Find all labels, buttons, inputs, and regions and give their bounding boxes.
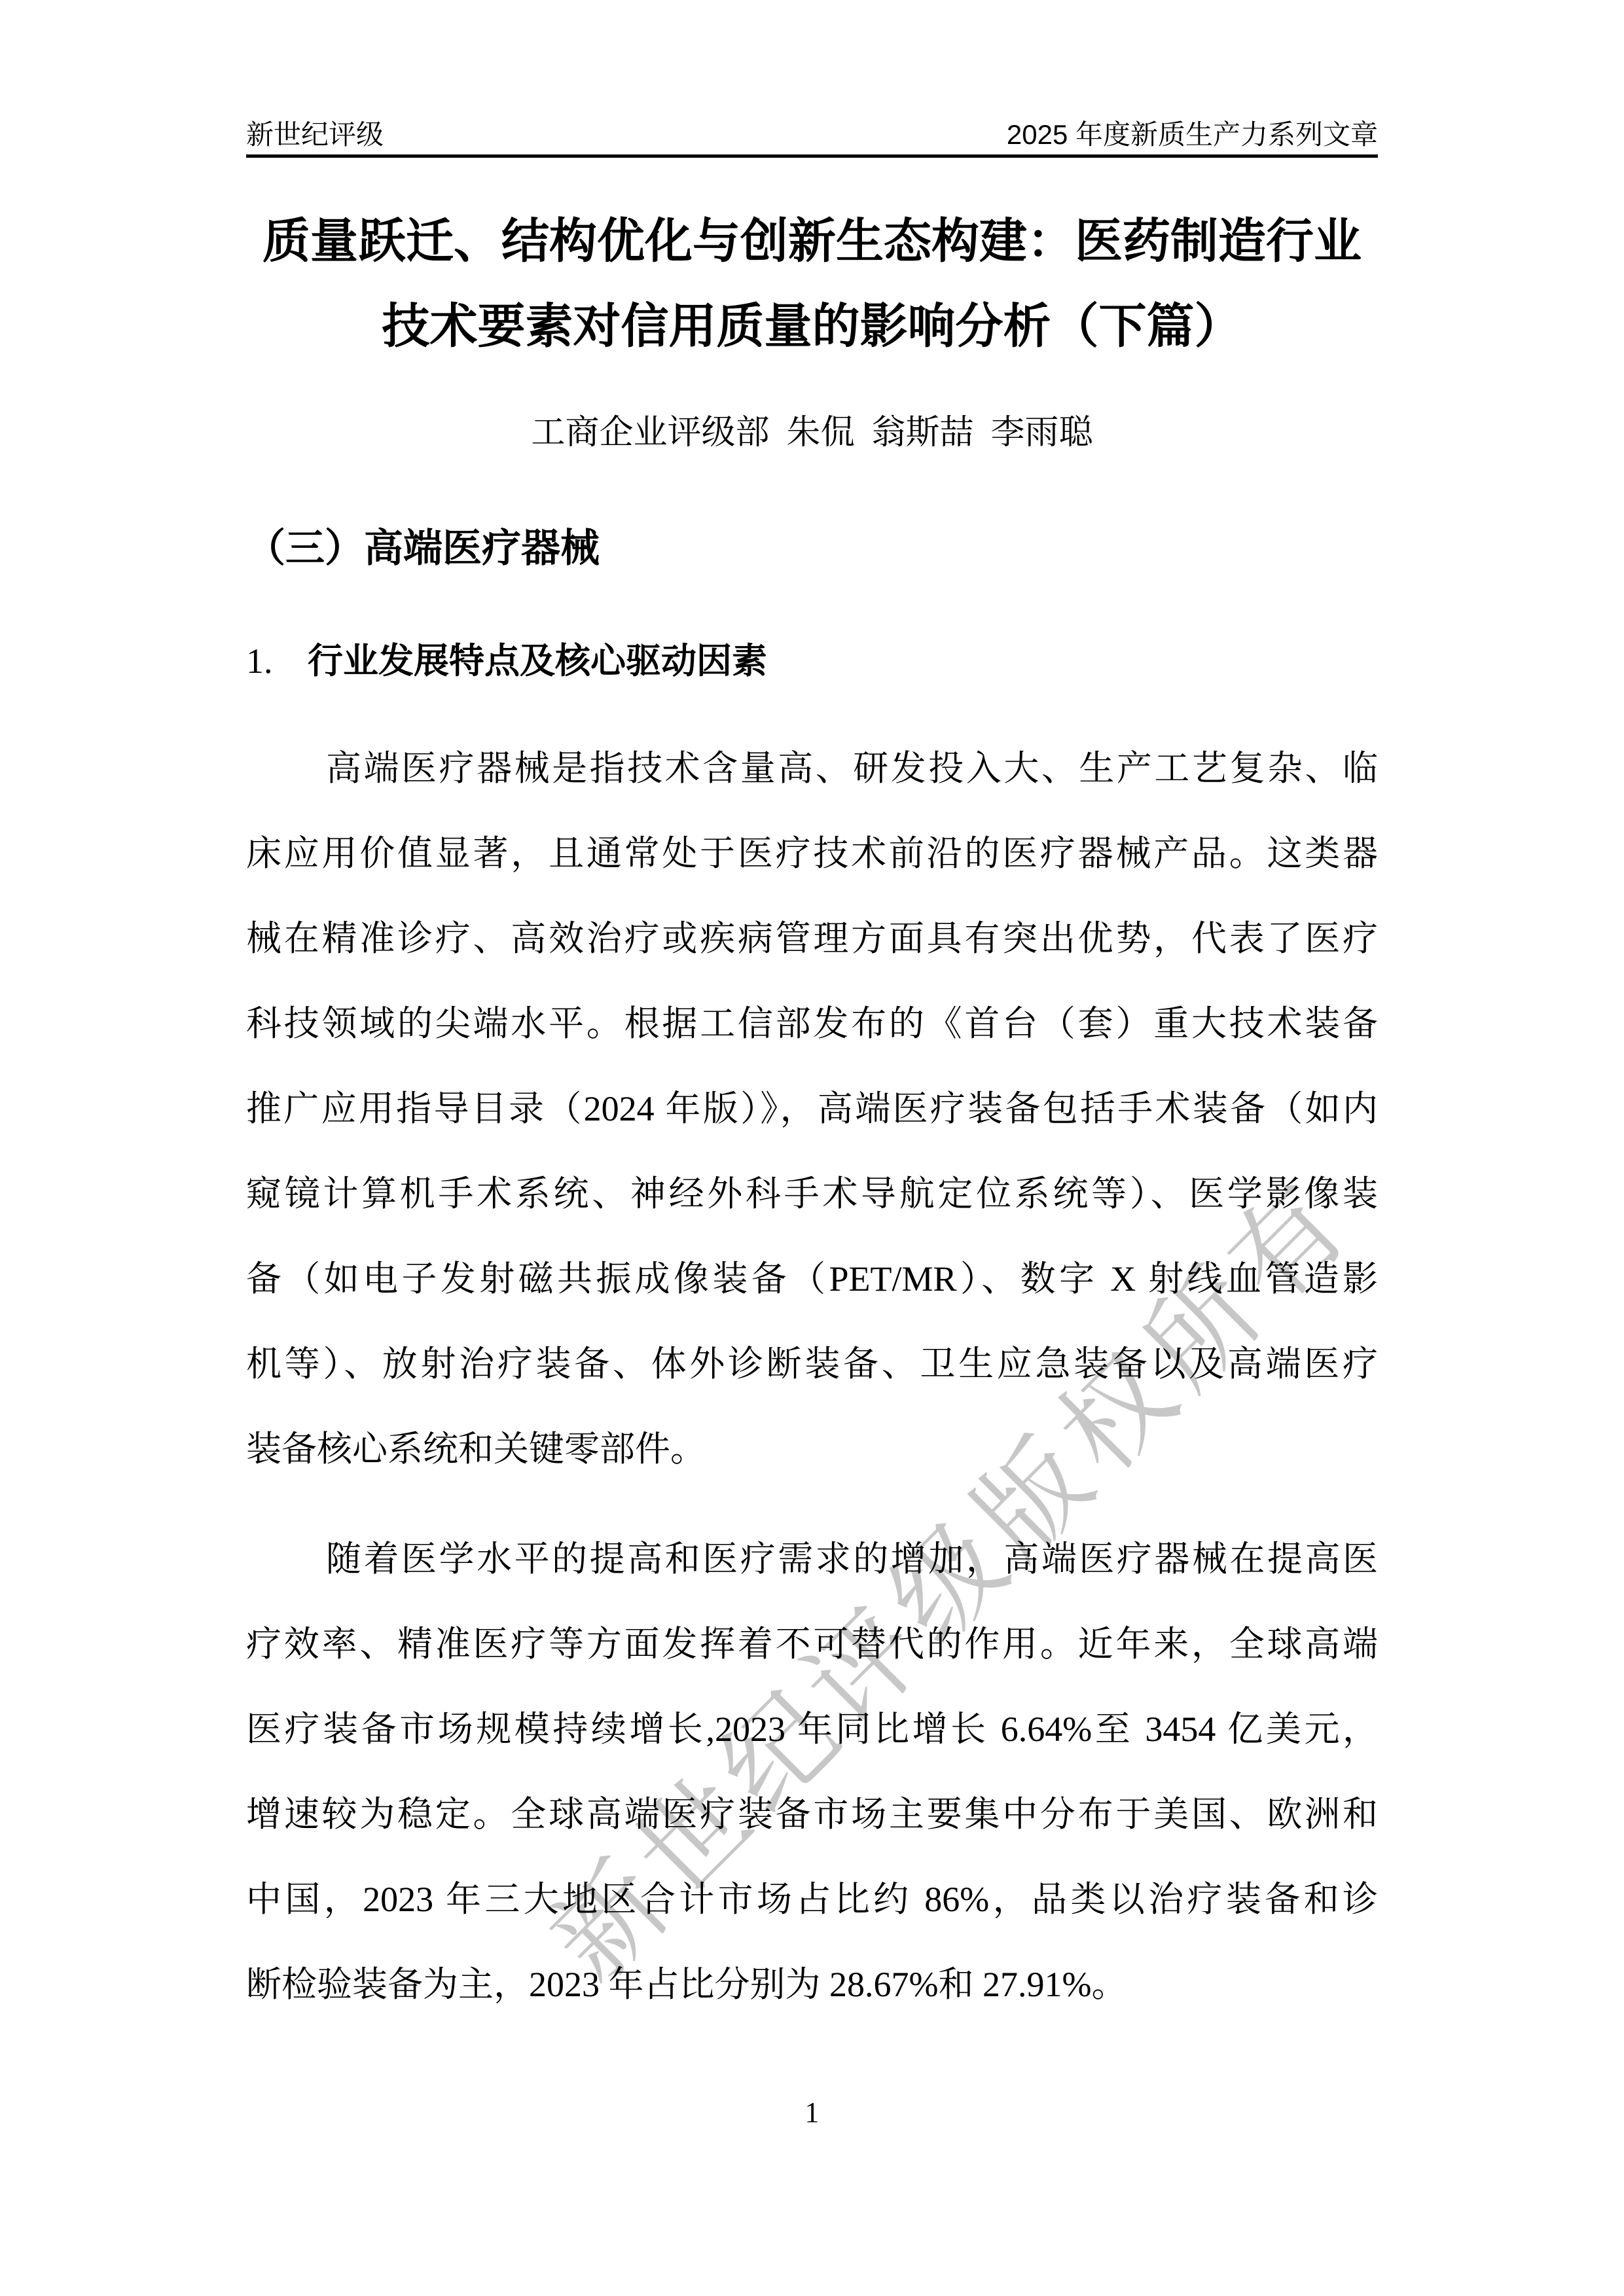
body-line: 高端医疗器械是指技术含量高、研发投入大、生产工艺复杂、临	[246, 726, 1378, 811]
body-line: 窥镜计算机手术系统、神经外科手术导航定位系统等）、医学影像装	[246, 1151, 1378, 1236]
body-line: 医疗装备市场规模持续增长,2023 年同比增长 6.64%至 3454 亿美元，	[246, 1687, 1378, 1772]
page-number: 1	[0, 2093, 1624, 2132]
body-line: 增速较为稳定。全球高端医疗装备市场主要集中分布于美国、欧洲和	[246, 1772, 1378, 1857]
body-line: 械在精准诊疗、高效治疗或疾病管理方面具有突出优势，代表了医疗	[246, 896, 1378, 981]
byline-authors: 工商企业评级部 朱侃 翁斯喆 李雨聪	[246, 410, 1378, 456]
body-line: 疗效率、精准医疗等方面发挥着不可替代的作用。近年来，全球高端	[246, 1602, 1378, 1687]
header-right-series: 2025 年度新质生产力系列文章	[1007, 115, 1378, 154]
body-line: 装备核心系统和关键零部件。	[246, 1407, 1378, 1492]
body-line: 床应用价值显著，且通常处于医疗技术前沿的医疗器械产品。这类器	[246, 811, 1378, 896]
body-line: 备（如电子发射磁共振成像装备（PET/MR）、数字 X 射线血管造影	[246, 1236, 1378, 1321]
body-line: 随着医学水平的提高和医疗需求的增加，高端医疗器械在提高医	[246, 1516, 1378, 1602]
body-paragraph-1: 高端医疗器械是指技术含量高、研发投入大、生产工艺复杂、临床应用价值显著，且通常处…	[246, 726, 1378, 1492]
document-title: 质量跃迁、结构优化与创新生态构建：医药制造行业 技术要素对信用质量的影响分析（下…	[246, 199, 1378, 369]
document-title-line1: 质量跃迁、结构优化与创新生态构建：医药制造行业	[246, 199, 1378, 284]
header-rule	[246, 154, 1378, 158]
sub-heading: 1.行业发展特点及核心驱动因素	[246, 635, 767, 696]
body-line: 科技领域的尖端水平。根据工信部发布的《首台（套）重大技术装备	[246, 981, 1378, 1066]
body-line: 中国，2023 年三大地区合计市场占比约 86%，品类以治疗装备和诊	[246, 1857, 1378, 1942]
document-title-line2: 技术要素对信用质量的影响分析（下篇）	[246, 284, 1378, 369]
section-heading: （三）高端医疗器械	[246, 522, 600, 575]
header-left-brand: 新世纪评级	[246, 115, 384, 154]
body-line: 推广应用指导目录（2024 年版）》，高端医疗装备包括手术装备（如内	[246, 1066, 1378, 1151]
sub-heading-number: 1.	[246, 635, 308, 687]
sub-heading-text: 行业发展特点及核心驱动因素	[308, 641, 767, 681]
body-line: 机等）、放射治疗装备、体外诊断装备、卫生应急装备以及高端医疗	[246, 1321, 1378, 1407]
body-paragraph-2: 随着医学水平的提高和医疗需求的增加，高端医疗器械在提高医疗效率、精准医疗等方面发…	[246, 1516, 1378, 2027]
document-page: 新世纪评级版权所有 新世纪评级 2025 年度新质生产力系列文章 质量跃迁、结构…	[0, 0, 1624, 2296]
body-line: 断检验装备为主，2023 年占比分别为 28.67%和 27.91%。	[246, 1942, 1378, 2027]
